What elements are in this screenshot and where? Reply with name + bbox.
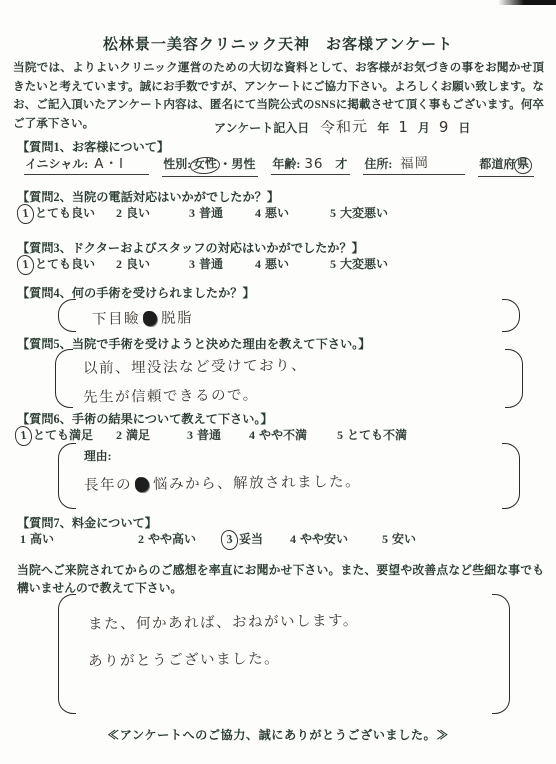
circled-prefecture-char: 県: [514, 156, 533, 174]
age-field: 年齢:36 才: [271, 155, 350, 175]
choice-number: 5: [382, 532, 388, 547]
selected-choice-circle: 1: [16, 254, 35, 276]
address-label: 住所:: [364, 157, 392, 171]
choice-label: とても不満: [347, 428, 407, 442]
option-4: 4悪い: [255, 255, 330, 272]
question-2-heading: 【質問2、当院の電話対応はいかがでしたか？】: [17, 188, 279, 205]
scan-artifact-strip: [498, 0, 556, 5]
age-unit: 才: [335, 157, 347, 171]
option-3: 3普通: [189, 255, 255, 272]
question-4-answer-box: 下目瞼脱脂: [58, 299, 520, 332]
option-4: 4悪い: [255, 204, 330, 221]
option-2: 2良い: [116, 255, 189, 272]
day-unit: 日: [458, 121, 470, 135]
prefecture-field: 都道府県: [478, 155, 534, 177]
option-5: 5とても不満: [337, 426, 407, 443]
choice-label: とても良い: [35, 257, 95, 271]
choice-number: 5: [330, 206, 336, 221]
choice-label: 普通: [197, 428, 221, 442]
question-6-options: 1とても満足2満足3普通4やや不満5とても不満: [20, 426, 407, 444]
option-5: 5大変悪い: [330, 204, 388, 221]
scribbled-out-character: [143, 311, 157, 326]
option-1: 1とても満足: [20, 426, 116, 444]
option-1: 1高い: [20, 530, 138, 547]
choice-number: 2: [116, 257, 122, 272]
choice-label: 普通: [199, 206, 223, 220]
option-1: 1とても良い: [22, 255, 116, 273]
handwritten-initial: A・I: [88, 152, 146, 172]
right-bracket-decoration: [492, 594, 510, 714]
handwritten-era: 令和元: [320, 115, 369, 138]
choice-number: 5: [337, 428, 343, 443]
left-bracket-decoration: [58, 594, 76, 714]
handwritten-day: 9: [439, 118, 450, 136]
choice-number: 3: [189, 257, 195, 272]
question-1-fields: イニシャル:A・I 性別:女性・男性 年齢:36 才 住所:福岡 都道府県: [24, 152, 534, 177]
choice-label: 妥当: [239, 532, 263, 546]
option-3: 3妥当: [226, 530, 290, 548]
option-4: 4やや不満: [249, 426, 337, 443]
choice-label: 良い: [126, 257, 150, 271]
handwritten-comment-line-1: また、何かあれば、おねがいします。: [88, 607, 486, 634]
choice-label: やや安い: [300, 532, 348, 546]
choice-number: 4: [255, 206, 261, 221]
q4-answer-text-1: 下目瞼: [92, 311, 140, 328]
choice-label: やや不満: [259, 428, 307, 442]
question-2-options: 1とても良い2良い3普通4悪い5大変悪い: [22, 204, 388, 222]
question-5-answer-box: 以前、埋没法など受けており、 先生が信頼できるので。: [55, 349, 523, 408]
left-bracket-decoration: [58, 443, 76, 509]
option-5: 5大変悪い: [330, 255, 388, 272]
page-title: 松林景一美容クリニック天神 お客様アンケート: [0, 33, 556, 54]
option-2: 2満足: [116, 426, 187, 443]
choice-number: 5: [330, 257, 336, 272]
handwritten-q6-reason: 長年の悩みから、解放されました。: [84, 468, 496, 495]
choice-label: 悪い: [265, 257, 289, 271]
question-6-reason-box: 理由: 長年の悩みから、解放されました。: [58, 443, 520, 509]
handwritten-q4-answer: 下目瞼脱脂: [92, 302, 496, 329]
handwritten-month: 1: [398, 118, 409, 136]
initial-label: イニシャル:: [25, 157, 88, 171]
gender-field: 性別:女性・男性: [162, 155, 258, 177]
choice-number: 2: [116, 428, 122, 443]
choice-label: 高い: [30, 532, 54, 546]
right-bracket-decoration: [502, 443, 520, 509]
year-unit: 年: [377, 121, 389, 135]
handwritten-address: 福岡: [392, 150, 463, 172]
scribbled-out-character: [135, 477, 149, 492]
handwritten-comment-line-2: ありがとうございました。: [88, 644, 486, 671]
choice-number: 4: [249, 428, 255, 443]
choice-label: 悪い: [265, 206, 289, 220]
right-bracket-decoration: [505, 349, 523, 408]
choice-number: 4: [255, 257, 261, 272]
handwritten-age: 36: [300, 156, 332, 172]
selected-choice-circle: 1: [16, 203, 35, 225]
choice-number: 2: [138, 532, 144, 547]
survey-date-line: アンケート記入日 令和元 年 1 月 9 日: [214, 116, 476, 137]
gender-male: 男性: [231, 157, 255, 171]
prefecture-label: 都道府: [479, 157, 515, 171]
question-6-heading: 【質問6、手術の結果について教えて下さい。】: [17, 410, 273, 427]
choice-label: とても満足: [33, 428, 93, 442]
footer-thanks: ≪アンケートへのご協力、誠にありがとうございました。≫: [0, 726, 556, 743]
choice-number: 3: [189, 206, 195, 221]
age-label: 年齢:: [272, 157, 300, 171]
handwritten-q5-line-2: 先生が信頼できるので。: [83, 380, 499, 407]
comment-answer-box: また、何かあれば、おねがいします。 ありがとうございました。: [58, 594, 510, 714]
q6-reason-text-1: 長年の: [84, 477, 132, 494]
gender-separator: ・: [219, 157, 231, 171]
choice-label: 満足: [126, 428, 150, 442]
month-unit: 月: [418, 121, 430, 135]
question-7-heading: 【質問7、料金について】: [17, 514, 157, 531]
reason-label: 理由:: [84, 447, 496, 464]
q6-reason-text-2: 悩みから、解放されました。: [153, 474, 361, 493]
comment-prompt: 当院へご来院されてからのご感想を率直にお聞かせ下さい。また、要望や改善点など些細…: [17, 561, 544, 597]
choice-number: 2: [116, 206, 122, 221]
choice-label: やや高い: [148, 532, 196, 546]
question-7-options: 1高い2やや高い3妥当4やや安い5安い: [20, 530, 416, 548]
date-label: アンケート記入日: [214, 121, 309, 135]
choice-label: 大変悪い: [340, 206, 388, 220]
selected-choice-circle: 1: [14, 425, 33, 447]
selected-choice-circle: 3: [220, 529, 239, 551]
choice-number: 4: [290, 532, 296, 547]
scanned-survey-document: 松林景一美容クリニック天神 お客様アンケート 当院では、よりよいクリニック運営の…: [0, 0, 556, 764]
choice-number: 3: [187, 428, 193, 443]
right-bracket-decoration: [502, 299, 520, 332]
choice-label: 安い: [392, 532, 416, 546]
choice-number: 1: [20, 532, 26, 547]
option-5: 5安い: [382, 530, 416, 547]
q4-answer-text-2: 脱脂: [161, 310, 193, 326]
address-field: 住所:福岡: [363, 152, 465, 175]
choice-label: とても良い: [35, 206, 95, 220]
question-3-options: 1とても良い2良い3普通4悪い5大変悪い: [22, 255, 388, 273]
handwritten-q5-line-1: 以前、埋没法など受けており、: [83, 351, 499, 378]
option-1: 1とても良い: [22, 204, 116, 222]
option-4: 4やや安い: [290, 530, 382, 547]
choice-label: 良い: [126, 206, 150, 220]
left-bracket-decoration: [55, 349, 73, 408]
gender-label: 性別:: [163, 157, 191, 171]
initial-field: イニシャル:A・I: [24, 152, 149, 175]
option-3: 3普通: [187, 426, 249, 443]
left-bracket-decoration: [58, 299, 76, 332]
option-3: 3普通: [189, 204, 255, 221]
option-2: 2やや高い: [138, 530, 226, 547]
circled-gender-female: 女性: [190, 156, 221, 175]
choice-label: 大変悪い: [340, 257, 388, 271]
option-2: 2良い: [116, 204, 189, 221]
choice-label: 普通: [199, 257, 223, 271]
question-3-heading: 【質問3、ドクターおよびスタッフの対応はいかがでしたか？】: [17, 239, 364, 256]
